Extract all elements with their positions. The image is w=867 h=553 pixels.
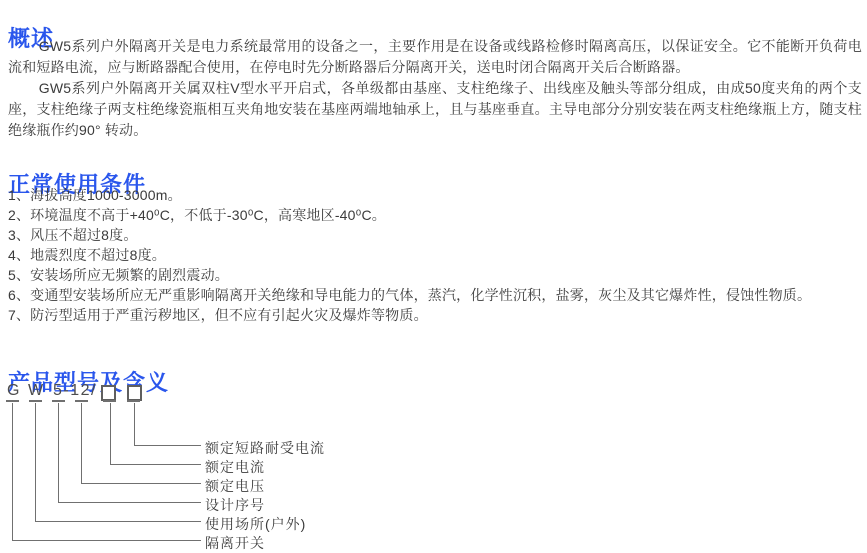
label-rated-current: 额定电流 [205,457,265,477]
model-code-letter-w: W [28,382,43,400]
label-disconnector: 隔离开关 [205,533,265,553]
condition-item-2: 2、环境温度不高于+40⁰C，不低于-30⁰C，高寒地区-40⁰C。 [8,205,864,225]
conditions-list: 1、海拔高度1000-3000m。 2、环境温度不高于+40⁰C，不低于-30⁰… [8,185,864,325]
condition-item-1: 1、海拔高度1000-3000m。 [8,185,864,205]
model-code-diagram: G W 5-12/ 额定短路耐受电流 额定电流 额定电压 设计序号 使用场所(户… [0,381,867,553]
condition-item-5: 5、安装场所应无频繁的剧烈震动。 [8,265,864,285]
connector-line-disconnector [12,403,201,541]
placeholder-box-rated-current [101,385,116,401]
overview-paragraphs: GW5系列户外隔离开关是电力系统最常用的设备之一，主要作用是在设备或线路检修时隔… [8,36,862,141]
tick-under-5 [52,400,65,402]
label-place-of-use-outdoor: 使用场所(户外) [205,514,306,534]
condition-item-4: 4、地震烈度不超过8度。 [8,245,864,265]
condition-item-6: 6、变通型安装场所应无严重影响隔离开关绝缘和导电能力的气体，蒸汽，化学性沉积，盐… [8,285,864,305]
tick-under-box-1 [103,400,116,402]
overview-paragraph-1: GW5系列户外隔离开关是电力系统最常用的设备之一，主要作用是在设备或线路检修时隔… [8,36,862,78]
model-code-letter-g: G [7,382,19,400]
label-rated-short-circuit-withstand-current: 额定短路耐受电流 [205,438,325,458]
overview-paragraph-2: GW5系列户外隔离开关属双柱V型水平开启式，各单级都由基座、支柱绝缘子、出线座及… [8,78,862,141]
label-design-serial-number: 设计序号 [205,495,265,515]
condition-item-7: 7、防污型适用于严重污秽地区，但不应有引起火灾及爆炸等物质。 [8,305,864,325]
label-rated-voltage: 额定电压 [205,476,265,496]
tick-under-w [29,400,42,402]
catalog-page: 概述 GW5系列户外隔离开关是电力系统最常用的设备之一，主要作用是在设备或线路检… [0,0,867,553]
tick-under-12 [75,400,88,402]
tick-under-g [6,400,19,402]
tick-under-box-2 [127,400,140,402]
condition-item-3: 3、风压不超过8度。 [8,225,864,245]
placeholder-box-short-circuit-current [127,385,142,401]
model-code-number: 5-12/ [53,382,97,400]
